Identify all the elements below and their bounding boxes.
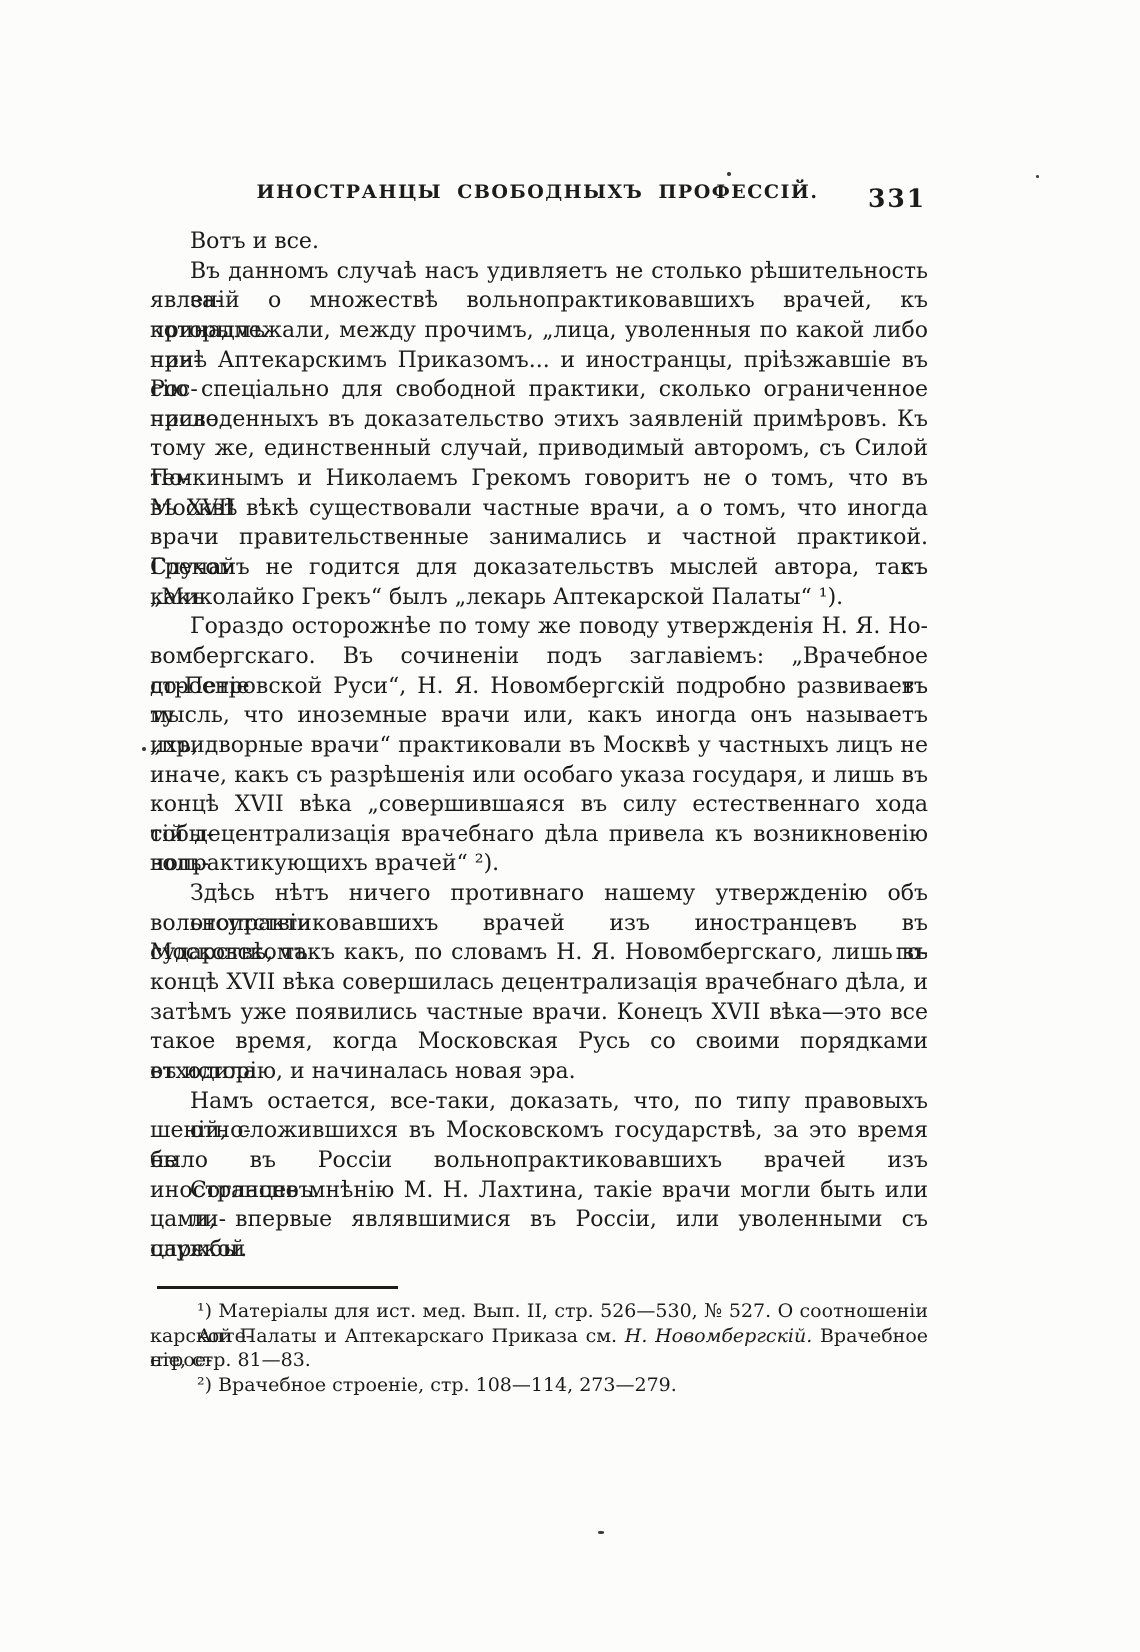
body-line: тій децентрализація врачебнаго дѣла прив… [150,820,928,850]
body-line: врачи правительственные занимались и час… [150,523,928,553]
body-line: темкинымъ и Николаемъ Грекомъ говоритъ н… [150,464,928,494]
body-line: „придворные врачи“ практиковали въ Москв… [150,731,928,761]
footnote-text: ²) Врачебное строеніе, стр. 108—114, 273… [197,1374,677,1396]
running-head-title: ИНОСТРАНЦЫ СВОБОДНЫХЪ ПРОФЕССІЙ. [150,181,925,203]
body-line: въ XVII вѣкѣ существовали частные врачи,… [150,494,928,524]
body-line: тому же, единственный случай, приводимый… [150,434,928,464]
body-line: концѣ XVII вѣка совершилась децентрализа… [150,968,928,998]
page-number: 331 [868,184,926,213]
body-line: вольнопрактиковавшихъ врачей изъ иностра… [150,909,928,939]
footnote-line: ²) Врачебное строеніе, стр. 108—114, 273… [150,1373,928,1398]
body-line: явленій о множествѣ вольнопрактиковавших… [150,286,928,316]
body-line: чинѣ Аптекарскимъ Приказомъ... и иностра… [150,346,928,376]
body-line: нопрактикующихъ врачей“ ²). [150,849,928,879]
body-line: до-Петровской Руси“, Н. Я. Новомбергскій… [150,672,928,702]
body-line: цами, впервые являвшимися въ Россіи, или… [150,1205,928,1235]
footnote-text: карской Палаты и Аптекарскаго Приказа см… [150,1325,625,1347]
body-line: службы. [150,1235,928,1265]
footnote-line: карской Палаты и Аптекарскаго Приказа см… [150,1324,928,1349]
body-line: мысль, что иноземные врачи или, какъ ино… [150,701,928,731]
footnote-text: ніе, стр. 81—83. [150,1349,311,1371]
body-line: принадлежали, между прочимъ, „лица, увол… [150,316,928,346]
body-line: такое время, когда Московская Русь со св… [150,1027,928,1057]
scan-speck [1036,175,1039,178]
body-line: сію спеціально для свободной практики, с… [150,375,928,405]
body-line: Здѣсь нѣтъ ничего противнаго нашему утве… [150,879,928,909]
footnote-separator [157,1286,398,1289]
footnote-line: ніе, стр. 81—83. [150,1348,928,1373]
body-line: Въ данномъ случаѣ насъ удивляетъ не стол… [150,257,928,287]
footnote-line: ¹) Матеріалы для ист. мед. Вып. II, стр.… [150,1299,928,1324]
footnotes-text: ¹) Матеріалы для ист. мед. Вып. II, стр.… [150,1299,928,1397]
body-line: иначе, какъ съ разрѣшенія или особаго ук… [150,761,928,791]
body-line: Гораздо осторожнѣе по тому же поводу утв… [150,612,928,642]
scan-speck [727,172,731,176]
body-line: вомбергскаго. Въ сочиненіи подъ заглавіе… [150,642,928,672]
body-text: Вотъ и все.Въ данномъ случаѣ насъ удивля… [150,227,928,1264]
body-line: сударствѣ, такъ какъ, по словамъ Н. Я. Н… [150,938,928,968]
body-line: Грекомъ не годится для доказательствъ мы… [150,553,928,583]
body-line: Вотъ и все. [150,227,928,257]
body-line: Согласно мнѣнію М. Н. Лахтина, такіе вра… [150,1176,928,1206]
body-line: шеній, сложившихся въ Московскомъ госуда… [150,1116,928,1146]
book-page: ИНОСТРАНЦЫ СВОБОДНЫХЪ ПРОФЕССІЙ. 331 Вот… [0,0,1140,1652]
scan-speck [142,747,146,751]
body-line: приведенныхъ въ доказательство этихъ зая… [150,405,928,435]
body-line: затѣмъ уже появились частные врачи. Коне… [150,998,928,1028]
scan-speck [598,1531,604,1534]
body-line: Намъ остается, все-таки, доказать, что, … [150,1087,928,1117]
body-line: „Миколайко Грекъ“ былъ „лекарь Аптекарск… [150,583,928,613]
body-line: было въ Россіи вольнопрактиковавшихъ вра… [150,1146,928,1176]
body-line: въ исторію, и начиналась новая эра. [150,1057,928,1087]
body-line: концѣ XVII вѣка „совершившаяся въ силу е… [150,790,928,820]
footnote-author-italic: Н. Новомбергскій. [625,1325,813,1347]
